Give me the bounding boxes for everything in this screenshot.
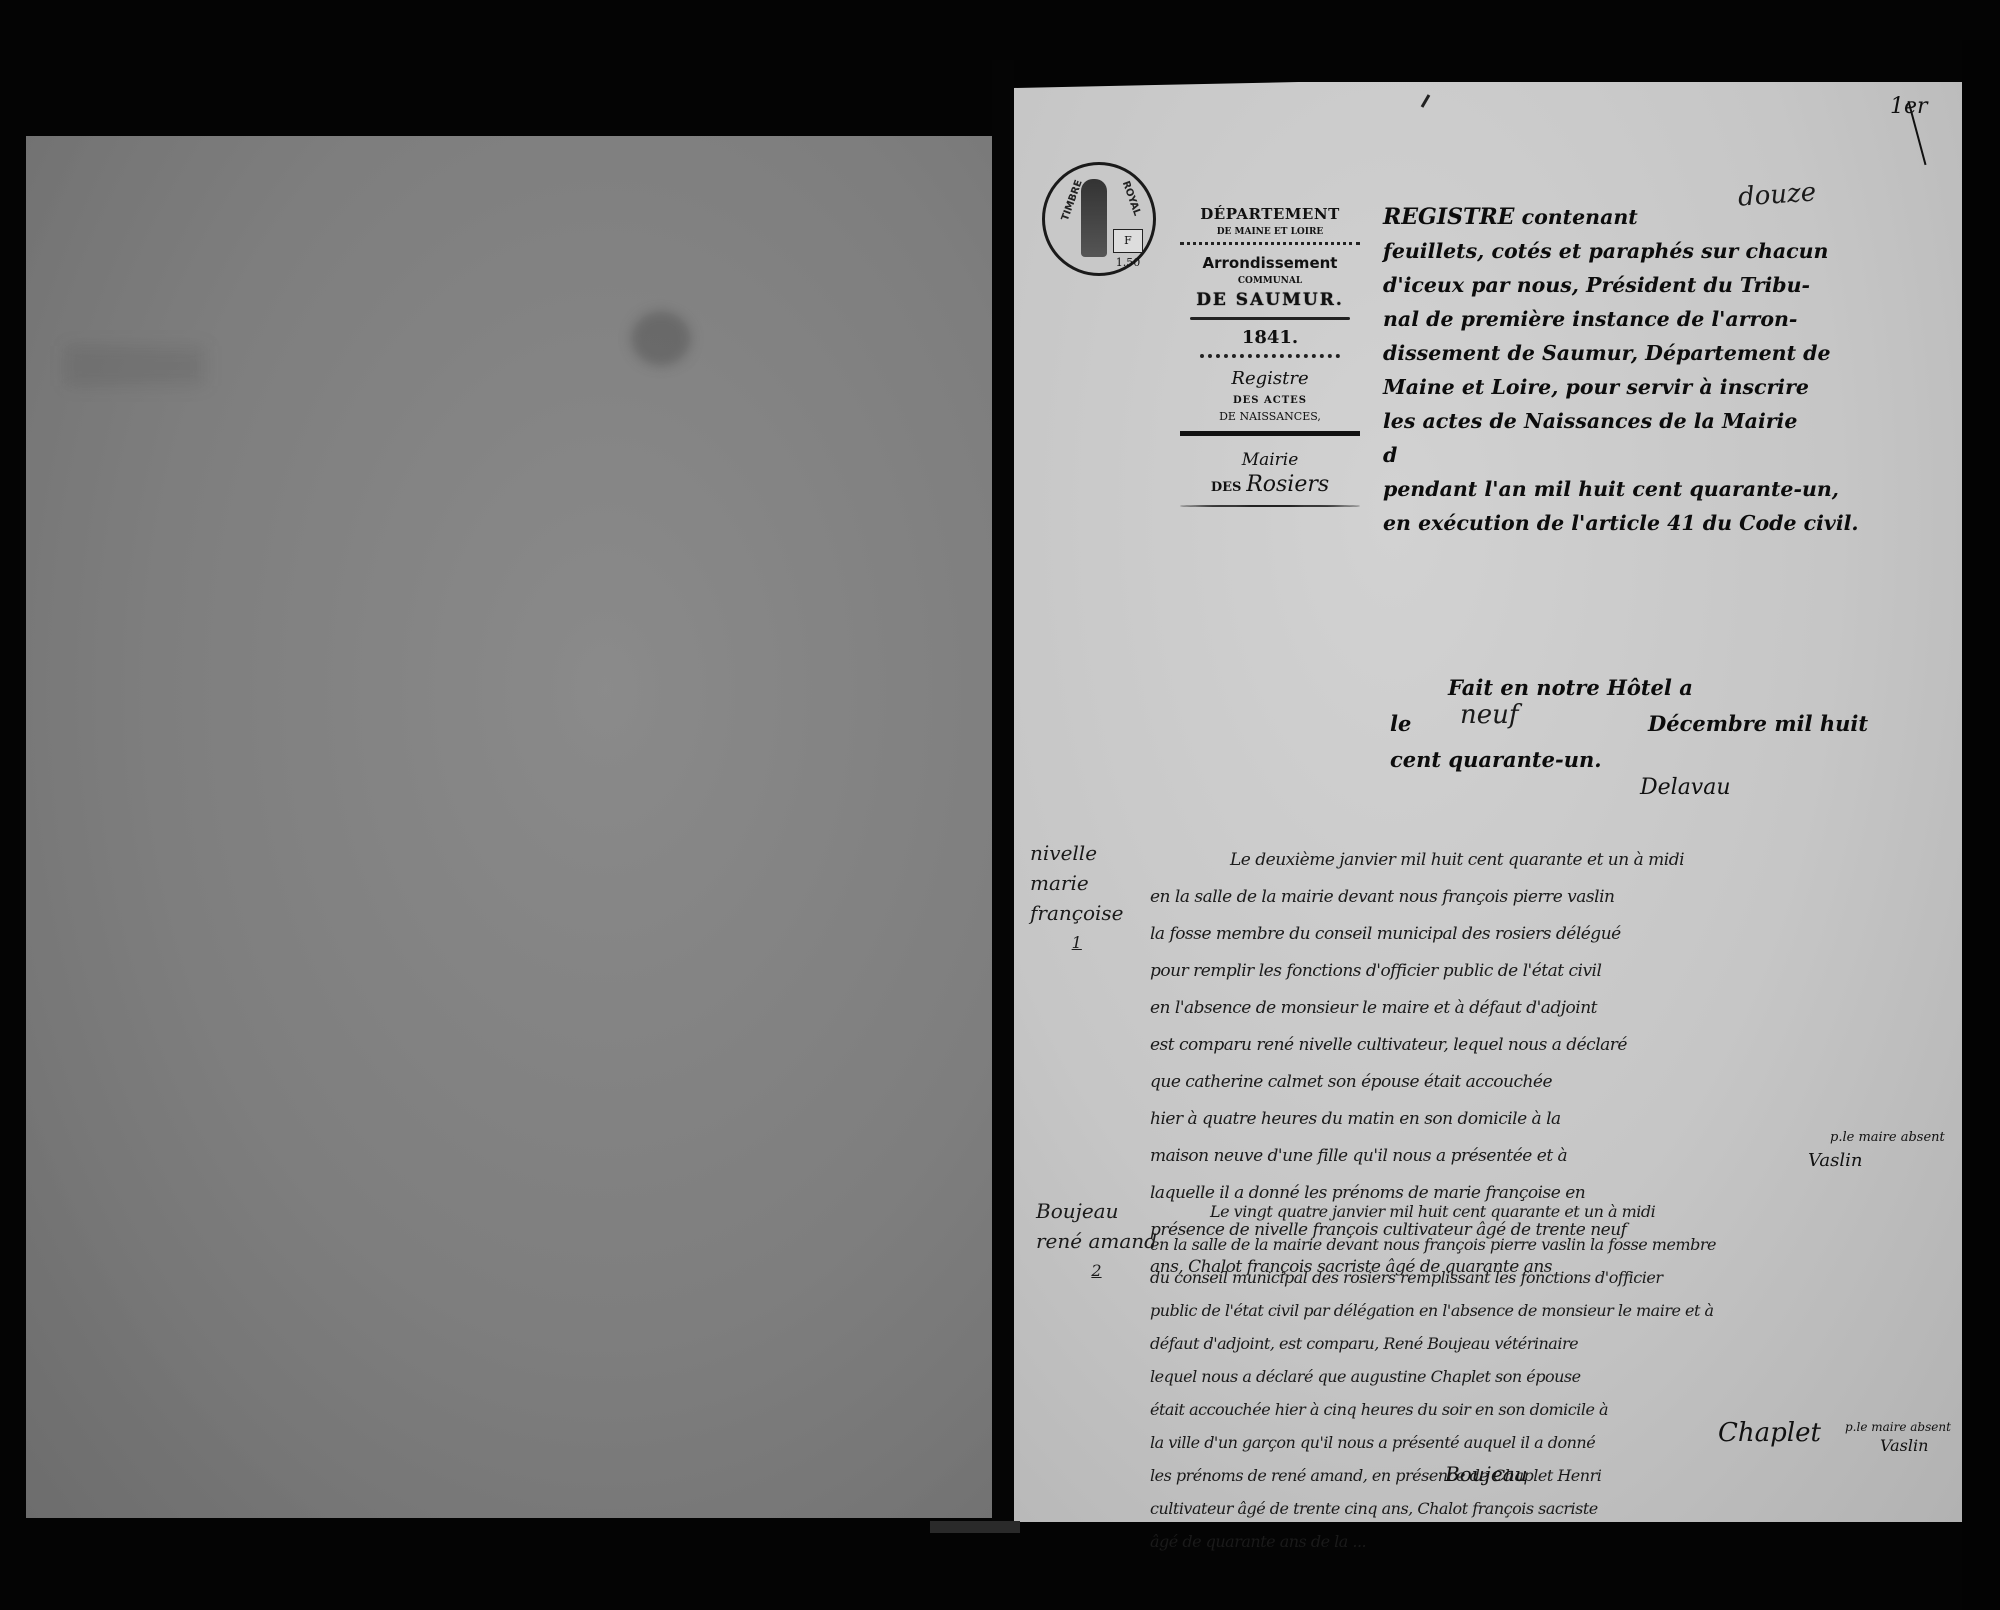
act-2-annotation: p.le maire absent <box>1845 1420 1951 1434</box>
handwritten-day: neuf <box>1460 700 1519 730</box>
act-line: Le deuxième janvier mil huit cent quaran… <box>1150 842 1920 879</box>
act-line: était accouchée hier à cinq heures du so… <box>1150 1393 1950 1426</box>
book-gutter <box>992 60 1014 1522</box>
act-line: Le vingt quatre janvier mil huit cent qu… <box>1150 1195 1950 1228</box>
act-line: la ville d'un garçon qu'il nous a présen… <box>1150 1426 1950 1459</box>
allegorical-figure-icon <box>1081 179 1107 257</box>
fait-le: le <box>1390 711 1411 736</box>
act-line: lequel nous a déclaré que augustine Chap… <box>1150 1360 1950 1393</box>
naissances-label: DE NAISSANCES, <box>1180 410 1360 423</box>
margin-surname: nivelle <box>1030 838 1124 868</box>
margin-given-name: marie <box>1030 868 1124 898</box>
act-line: du conseil municipal des rosiers remplis… <box>1150 1261 1950 1294</box>
act-line: pour remplir les fonctions d'officier pu… <box>1150 953 1920 990</box>
act-line: cultivateur âgé de trente cinq ans, Chal… <box>1150 1492 1950 1525</box>
paper-smudge <box>66 346 206 386</box>
act-2-margin-note: Boujeau rené amand 2 <box>1036 1196 1157 1286</box>
stamp-price: F 1.50 <box>1113 229 1143 253</box>
communal-label: COMMUNAL <box>1180 276 1360 286</box>
left-page-blank <box>26 136 992 1518</box>
scan-label-strip <box>930 1521 1020 1533</box>
preamble-line: dissement de Saumur, Département de <box>1383 336 1873 370</box>
preamble-line: les actes de Naissances de la Mairie <box>1383 404 1873 438</box>
margin-given-name: françoise <box>1030 898 1124 928</box>
royal-stamp-icon: TIMBRE ROYAL F 1.50 <box>1042 162 1156 276</box>
arrondissement-label: Arrondissement <box>1180 254 1360 272</box>
act-line: maison neuve d'une fille qu'il nous a pr… <box>1150 1138 1920 1175</box>
preamble-line: Maine et Loire, pour servir à inscrire <box>1383 370 1873 404</box>
act-line: hier à quatre heures du matin en son dom… <box>1150 1101 1920 1138</box>
registre-label: Registre <box>1180 368 1360 389</box>
stamp-text-right: ROYAL <box>1120 180 1143 218</box>
thick-rule <box>1180 431 1360 436</box>
act-2-signature-father: Boujeau <box>1445 1462 1527 1486</box>
act-line: la fosse membre du conseil municipal des… <box>1150 916 1920 953</box>
city-name: DE SAUMUR. <box>1180 290 1360 310</box>
act-number: 1 <box>1030 928 1124 958</box>
preamble-line: nal de première instance de l'arron- <box>1383 302 1873 336</box>
preamble-line: d <box>1383 438 1873 472</box>
act-number: 2 <box>1036 1256 1157 1286</box>
act-2-signature-witness: Chaplet <box>1718 1418 1821 1448</box>
des-actes-label: DES ACTES <box>1180 395 1360 406</box>
preamble-line: feuillets, cotés et paraphés sur chacun <box>1383 234 1873 268</box>
scan-border-right <box>1962 40 2000 1610</box>
des-prefix: DES <box>1211 480 1242 495</box>
president-signature: Delavau <box>1640 775 1731 800</box>
ornament-divider <box>1190 317 1350 320</box>
act-1-signature: Vaslin <box>1808 1150 1862 1171</box>
preamble-line: en exécution de l'article 41 du Code civ… <box>1383 506 1873 540</box>
act-line: est comparu rené nivelle cultivateur, le… <box>1150 1027 1920 1064</box>
preamble-line: d'iceux par nous, Président du Tribu- <box>1383 268 1873 302</box>
act-1-margin-note: nivelle marie françoise 1 <box>1030 838 1124 958</box>
contenant-text: contenant <box>1514 205 1637 229</box>
mairie-label: Mairie <box>1180 450 1360 470</box>
margin-surname: Boujeau <box>1036 1196 1157 1226</box>
act-line: en la salle de la mairie devant nous fra… <box>1150 879 1920 916</box>
act-line: en la salle de la mairie devant nous fra… <box>1150 1228 1950 1261</box>
ornament-divider <box>1180 242 1360 248</box>
department-title: DÉPARTEMENT <box>1180 205 1360 223</box>
act-2-text: Le vingt quatre janvier mil huit cent qu… <box>1150 1195 1950 1558</box>
registre-heading: REGISTRE <box>1383 204 1514 230</box>
department-name: DE MAINE ET LOIRE <box>1180 227 1360 237</box>
register-preamble: REGISTRE contenant feuillets, cotés et p… <box>1383 200 1873 540</box>
water-stain <box>631 311 691 366</box>
preamble-line: pendant l'an mil huit cent quarante-un, <box>1383 472 1873 506</box>
act-2-signature-officer: Vaslin <box>1880 1436 1928 1455</box>
act-1-annotation: p.le maire absent <box>1830 1130 1945 1145</box>
register-year: 1841. <box>1180 327 1360 348</box>
act-line: en l'absence de monsieur le maire et à d… <box>1150 990 1920 1027</box>
decembre-text: Décembre mil huit <box>1648 706 1868 742</box>
bottom-rule <box>1180 505 1360 507</box>
act-line: défaut d'adjoint, est comparu, René Bouj… <box>1150 1327 1950 1360</box>
register-header-block: DÉPARTEMENT DE MAINE ET LOIRE Arrondisse… <box>1180 205 1360 515</box>
act-line: que catherine calmet son épouse était ac… <box>1150 1064 1920 1101</box>
handwritten-leaf-count: douze <box>1737 177 1817 212</box>
commune-handwritten: Rosiers <box>1246 472 1329 497</box>
margin-given-name: rené amand <box>1036 1226 1157 1256</box>
ornament-divider <box>1200 354 1340 362</box>
commune-line: DES Rosiers <box>1180 472 1360 497</box>
act-line: public de l'état civil par délégation en… <box>1150 1294 1950 1327</box>
act-line: les prénoms de rené amand, en présence d… <box>1150 1459 1950 1492</box>
fait-line-3: cent quarante-un. <box>1390 742 1693 778</box>
act-line: âgé de quarante ans de la ... <box>1150 1525 1950 1558</box>
